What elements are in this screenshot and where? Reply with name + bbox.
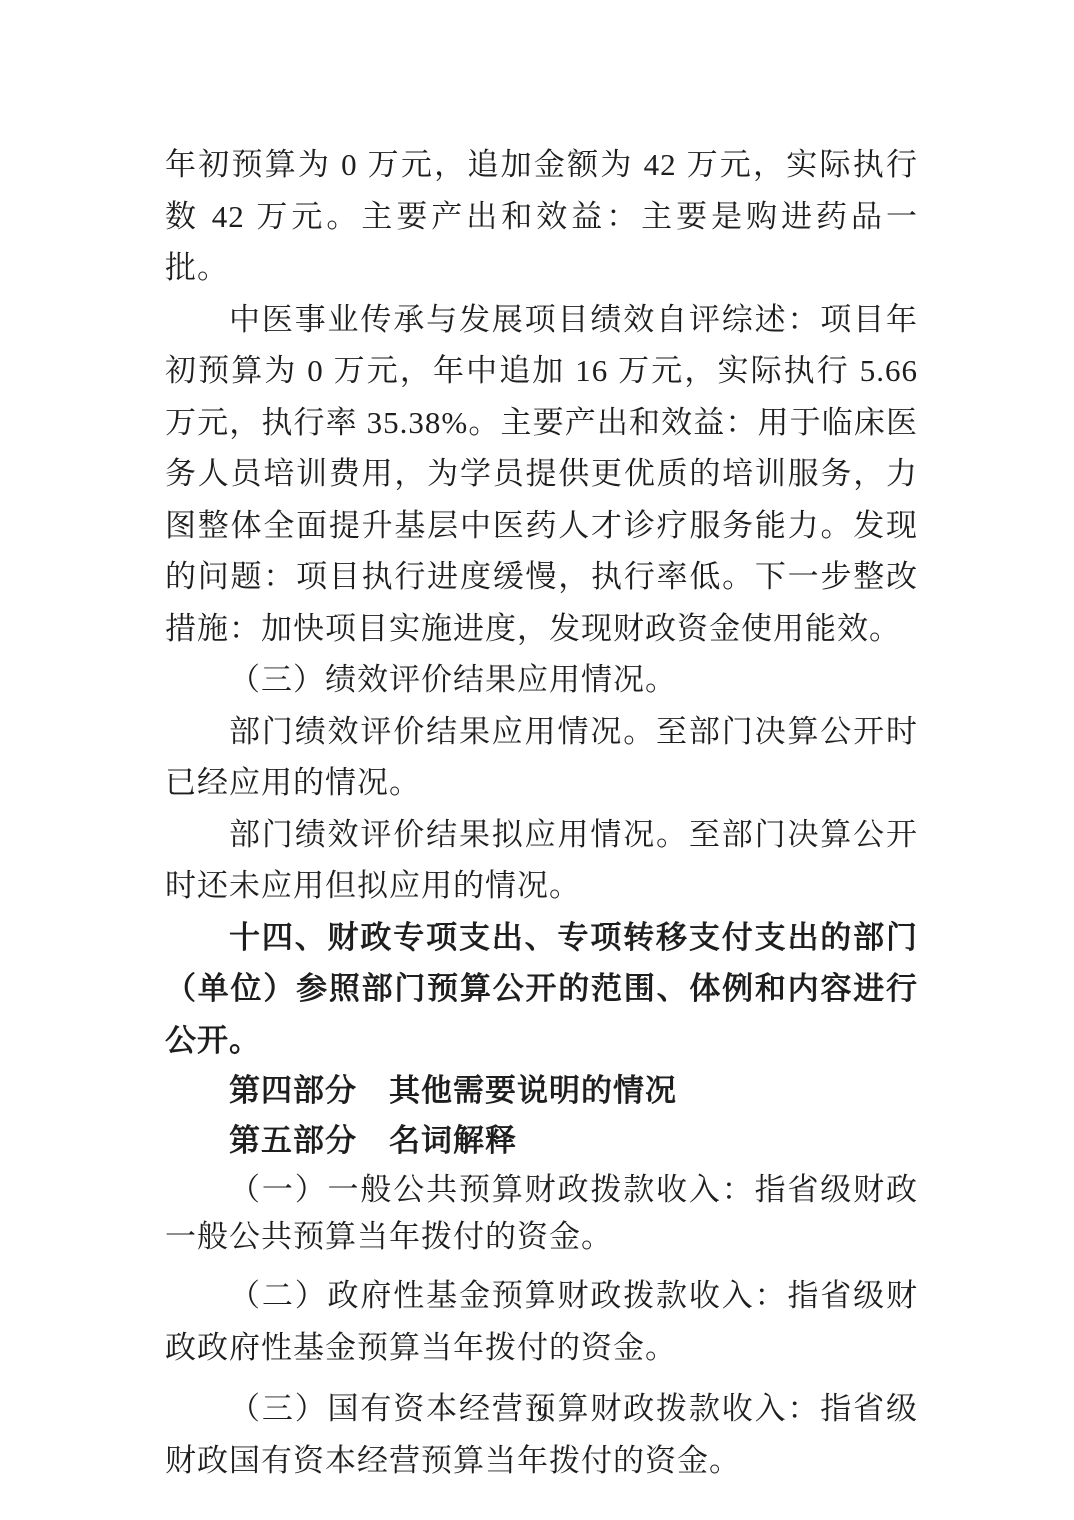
definition-paragraph-general-public-budget: （一）一般公共预算财政拨款收入：指省级财政一般公共预算当年拨付的资金。 bbox=[165, 1166, 918, 1260]
body-paragraph-budget-execution: 年初预算为 0 万元，追加金额为 42 万元，实际执行数 42 万元。主要产出和… bbox=[165, 139, 918, 294]
body-paragraph-tcm-project-review: 中医事业传承与发展项目绩效自评综述：项目年初预算为 0 万元，年中追加 16 万… bbox=[165, 294, 918, 655]
document-body: 年初预算为 0 万元，追加金额为 42 万元，实际执行数 42 万元。主要产出和… bbox=[165, 139, 918, 1486]
page-number: 19 bbox=[0, 1401, 1074, 1427]
definition-paragraph-state-capital-budget: （三）国有资本经营预算财政拨款收入：指省级财政国有资本经营预算当年拨付的资金。 bbox=[165, 1383, 918, 1486]
document-page: 年初预算为 0 万元，追加金额为 42 万元，实际执行数 42 万元。主要产出和… bbox=[0, 0, 1074, 1520]
subsection-heading-evaluation-results-application: （三）绩效评价结果应用情况。 bbox=[165, 654, 918, 706]
body-paragraph-applied-results: 部门绩效评价结果应用情况。至部门决算公开时已经应用的情况。 bbox=[165, 706, 918, 809]
bold-paragraph-item-14-special-transfer-disclosure: 十四、财政专项支出、专项转移支付支出的部门（单位）参照部门预算公开的范围、体例和… bbox=[165, 912, 918, 1067]
part-4-heading-other-matters: 第四部分 其他需要说明的情况 bbox=[165, 1066, 918, 1116]
part-5-heading-glossary: 第五部分 名词解释 bbox=[165, 1116, 918, 1166]
body-paragraph-planned-application: 部门绩效评价结果拟应用情况。至部门决算公开时还未应用但拟应用的情况。 bbox=[165, 809, 918, 912]
definition-paragraph-government-fund-budget: （二）政府性基金预算财政拨款收入：指省级财政政府性基金预算当年拨付的资金。 bbox=[165, 1270, 918, 1373]
